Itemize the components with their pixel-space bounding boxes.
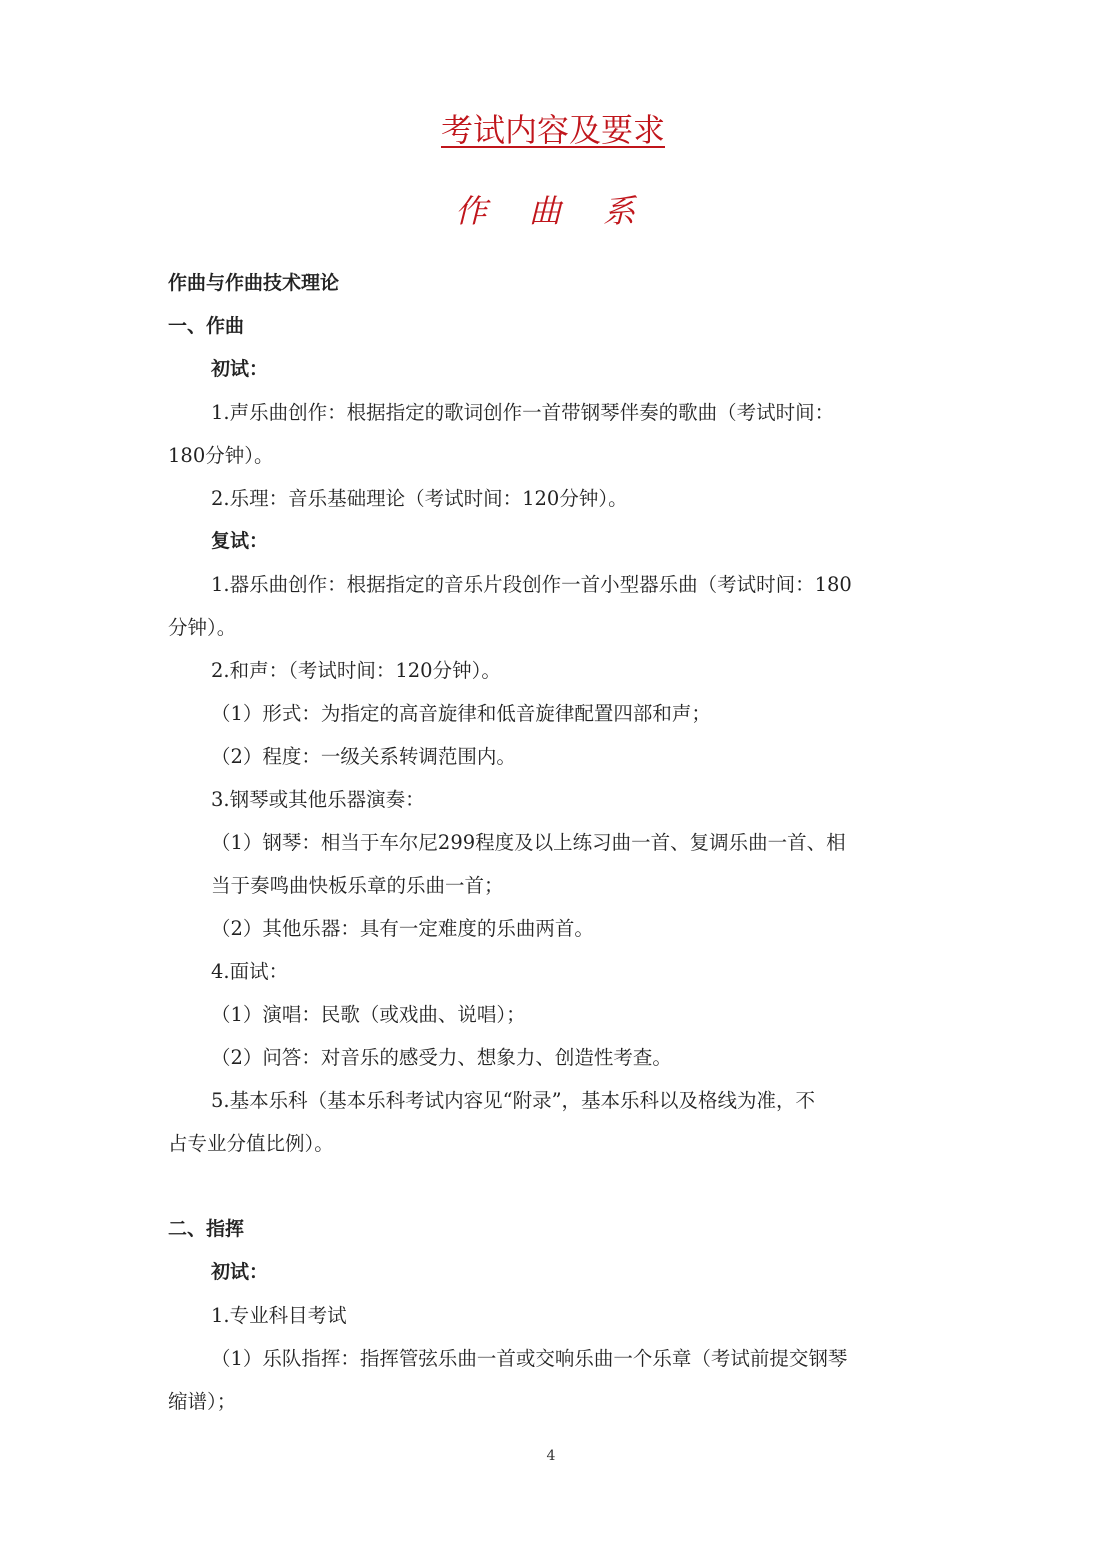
sub-item: （1）乐队指挥：指挥管弦乐曲一首或交响乐曲一个乐章（考试前提交钢琴: [168, 1337, 938, 1380]
department-title: 作 曲 系: [168, 186, 938, 232]
section-spacer: [168, 1165, 938, 1208]
paragraph-continuation: 占专业分值比例）。: [168, 1122, 938, 1165]
sub-item-continuation: 当于奏鸣曲快板乐章的乐曲一首；: [168, 864, 938, 907]
paragraph: 4.面试：: [168, 950, 938, 993]
sub-item-continuation: 缩谱）；: [168, 1380, 938, 1423]
sub-item: （1）演唱：民歌（或戏曲、说唱）；: [168, 993, 938, 1036]
sub-item: （2）程度：一级关系转调范围内。: [168, 735, 938, 778]
document-body: 作曲与作曲技术理论 一、作曲 初试： 1.声乐曲创作：根据指定的歌词创作一首带钢…: [168, 262, 938, 1423]
paragraph: 5.基本乐科（基本乐科考试内容见“附录”，基本乐科以及格线为准，不: [168, 1079, 938, 1122]
preliminary-label: 初试：: [168, 1251, 938, 1294]
document-title: 考试内容及要求: [168, 105, 938, 151]
paragraph: 3.钢琴或其他乐器演奏：: [168, 778, 938, 821]
sub-item: （1）形式：为指定的高音旋律和低音旋律配置四部和声；: [168, 692, 938, 735]
paragraph: 2.乐理：音乐基础理论（考试时间：120分钟）。: [168, 477, 938, 520]
paragraph: 1.声乐曲创作：根据指定的歌词创作一首带钢琴伴奏的歌曲（考试时间：: [168, 391, 938, 434]
paragraph-continuation: 180分钟）。: [168, 434, 938, 477]
major-heading: 作曲与作曲技术理论: [168, 262, 938, 305]
paragraph-continuation: 分钟）。: [168, 606, 938, 649]
sub-item: （1）钢琴：相当于车尔尼299程度及以上练习曲一首、复调乐曲一首、相: [168, 821, 938, 864]
section-heading: 一、作曲: [168, 305, 938, 348]
sub-item: （2）问答：对音乐的感受力、想象力、创造性考查。: [168, 1036, 938, 1079]
sub-item: （2）其他乐器：具有一定难度的乐曲两首。: [168, 907, 938, 950]
paragraph: 1.器乐曲创作：根据指定的音乐片段创作一首小型器乐曲（考试时间：180: [168, 563, 938, 606]
retest-label: 复试：: [168, 520, 938, 563]
preliminary-label: 初试：: [168, 348, 938, 391]
page-number: 4: [0, 1448, 1102, 1464]
paragraph: 1.专业科目考试: [168, 1294, 938, 1337]
section-heading: 二、指挥: [168, 1208, 938, 1251]
paragraph: 2.和声：（考试时间：120分钟）。: [168, 649, 938, 692]
